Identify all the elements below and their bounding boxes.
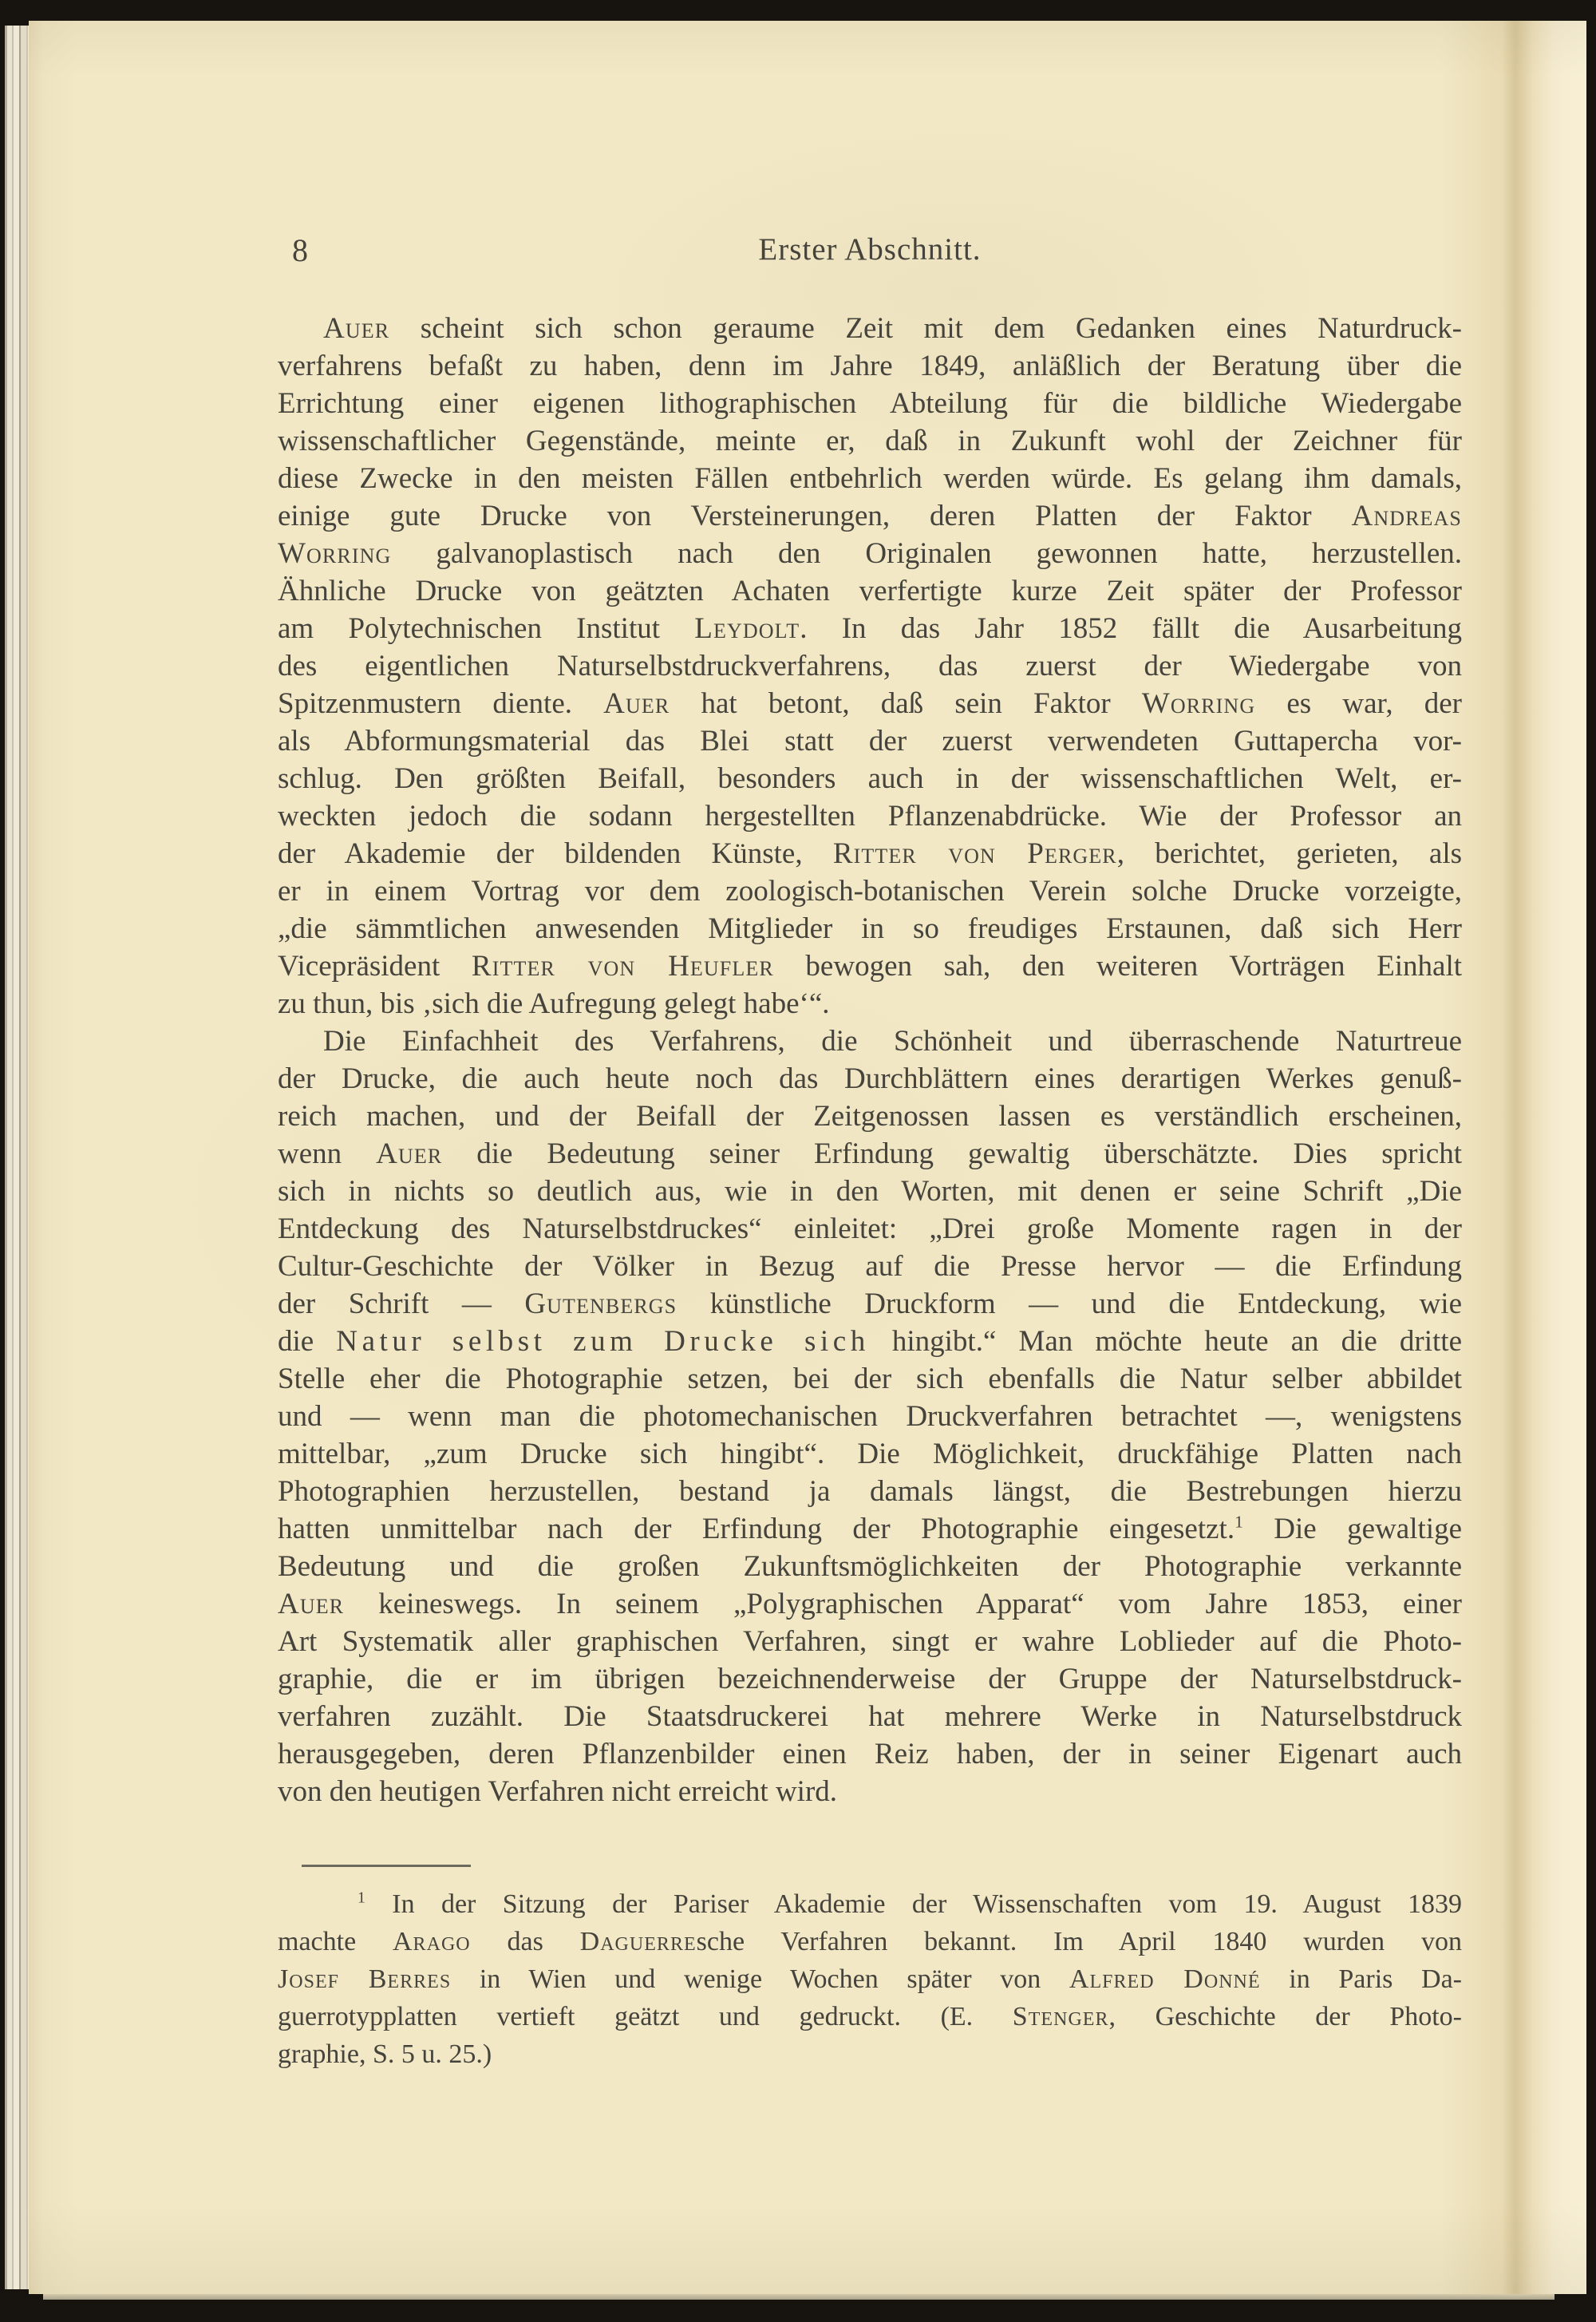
- text-segment: am Polytechnischen Institut: [278, 612, 694, 645]
- text-line: verfahren zuzählt. Die Staatsdruckerei h…: [278, 1698, 1462, 1735]
- text-line: mittelbar, „zum Drucke sich hingibt“. Di…: [278, 1435, 1462, 1473]
- text-segment: der Akademie der bildenden Künste,: [278, 837, 833, 870]
- text-segment: des eigentlichen Naturselbstdruckverfahr…: [278, 650, 1462, 682]
- text-line: des eigentlichen Naturselbstdruckverfahr…: [278, 647, 1462, 685]
- text-line: wissenschaftlicher Gegenstände, meinte e…: [278, 422, 1462, 460]
- text-line: Worring galvanoplastisch nach den Origin…: [278, 535, 1462, 572]
- small-caps-name: Auer: [376, 1137, 442, 1170]
- text-line: die Natur selbst zum Drucke sich hingibt…: [278, 1323, 1462, 1360]
- text-segment: Entdeckung des Naturselbstdruckes“ einle…: [278, 1212, 1462, 1245]
- text-line: Cultur-Geschichte der Völker in Bezug au…: [278, 1248, 1462, 1285]
- small-caps-name: Ritter von Perger: [833, 837, 1117, 870]
- text-segment: Ähnliche Drucke von geätzten Achaten ver…: [278, 575, 1462, 607]
- small-caps-name: Daguerre: [580, 1927, 697, 1956]
- text-segment: bewogen sah, den weiteren Vorträgen Einh…: [774, 950, 1462, 983]
- text-line: herausgegeben, deren Pflanzenbilder eine…: [278, 1735, 1462, 1773]
- small-caps-name: Andreas: [1351, 500, 1462, 532]
- text-segment: er in einem Vortrag vor dem zoologisch-b…: [278, 875, 1462, 908]
- text-segment: und — wenn man die photomechanischen Dru…: [278, 1400, 1462, 1433]
- text-line: 1 In der Sitzung der Pariser Akademie de…: [278, 1885, 1462, 1923]
- text-line: Die Einfachheit des Verfahrens, die Schö…: [278, 1023, 1462, 1060]
- text-segment: hingibt.“ Man möchte heute an die dritte: [870, 1325, 1462, 1358]
- text-segment: hat betont, daß sein Faktor: [670, 687, 1142, 720]
- footnote-text: 1 In der Sitzung der Pariser Akademie de…: [278, 1885, 1462, 2073]
- text-segment: künstliche Druckform — und die Entdeckun…: [677, 1288, 1462, 1320]
- text-line: als Abformungsmaterial das Blei statt de…: [278, 722, 1462, 760]
- text-segment: , Geschichte der Photo-: [1109, 2002, 1463, 2031]
- text-line: „die sämmtlichen anwesenden Mitglieder i…: [278, 910, 1462, 947]
- text-line: Bedeutung und die großen Zukunftsmöglich…: [278, 1548, 1462, 1585]
- text-segment: als Abformungsmaterial das Blei statt de…: [278, 725, 1462, 758]
- text-segment: einige gute Drucke von Versteinerungen, …: [278, 500, 1351, 532]
- text-line: Auer keineswegs. In seinem „Polygraphisc…: [278, 1585, 1462, 1623]
- text-segment: wissenschaftlicher Gegenstände, meinte e…: [278, 425, 1462, 457]
- text-segment: diese Zwecke in den meisten Fällen entbe…: [278, 462, 1462, 495]
- text-segment: herausgegeben, deren Pflanzenbilder eine…: [278, 1738, 1462, 1770]
- superscript-marker: 1: [1235, 1513, 1243, 1532]
- text-line: graphie, die er im übrigen bezeichnender…: [278, 1660, 1462, 1698]
- text-segment: machte: [278, 1927, 393, 1956]
- text-segment: graphie, S. 5 u. 25.): [278, 2039, 492, 2069]
- text-segment: scheint sich schon geraume Zeit mit dem …: [389, 312, 1462, 345]
- body-text: Auer scheint sich schon geraume Zeit mit…: [278, 310, 1462, 1810]
- text-line: graphie, S. 5 u. 25.): [278, 2035, 1462, 2073]
- text-segment: guerrotypplatten vertieft geätzt und ged…: [278, 2002, 1013, 2031]
- text-line: einige gute Drucke von Versteinerungen, …: [278, 497, 1462, 535]
- text-line: guerrotypplatten vertieft geätzt und ged…: [278, 1998, 1462, 2035]
- text-segment: die: [278, 1325, 336, 1358]
- text-segment: Die Einfachheit des Verfahrens, die Schö…: [323, 1025, 1462, 1058]
- text-line: der Schrift — Gutenbergs künstliche Druc…: [278, 1285, 1462, 1323]
- small-caps-name: Ritter von Heufler: [472, 950, 774, 983]
- small-caps-name: Worring: [278, 537, 391, 570]
- text-line: von den heutigen Verfahren nicht erreich…: [278, 1773, 1462, 1810]
- small-caps-name: Auer: [323, 312, 389, 345]
- text-segment: verfahrens befaßt zu haben, denn im Jahr…: [278, 350, 1462, 382]
- text-segment: galvanoplastisch nach den Originalen gew…: [391, 537, 1462, 570]
- text-segment: mittelbar, „zum Drucke sich hingibt“. Di…: [278, 1438, 1462, 1470]
- text-line: diese Zwecke in den meisten Fällen entbe…: [278, 460, 1462, 497]
- text-line: verfahrens befaßt zu haben, denn im Jahr…: [278, 347, 1462, 385]
- text-segment: . In das Jahr 1852 fällt die Ausarbeitun…: [800, 612, 1462, 645]
- text-segment: reich machen, und der Beifall der Zeitge…: [278, 1100, 1462, 1133]
- page-header: 8 Erster Abschnitt.: [278, 231, 1462, 271]
- text-segment: graphie, die er im übrigen bezeichnender…: [278, 1663, 1462, 1695]
- text-line: er in einem Vortrag vor dem zoologisch-b…: [278, 872, 1462, 910]
- text-line: der Drucke, die auch heute noch das Durc…: [278, 1060, 1462, 1098]
- text-segment: Photographien herzustellen, bestand ja d…: [278, 1475, 1462, 1508]
- text-line: machte Arago das Daguerresche Verfahren …: [278, 1923, 1462, 1960]
- text-segment: , berichtet, gerieten, als: [1117, 837, 1462, 870]
- text-segment: in Wien und wenige Wochen später von: [451, 1964, 1069, 1994]
- text-line: Errichtung einer eigenen lithographische…: [278, 385, 1462, 422]
- small-caps-name: Arago: [393, 1927, 471, 1956]
- small-caps-name: Auer: [278, 1588, 344, 1620]
- text-line: wenn Auer die Bedeutung seiner Erfindung…: [278, 1135, 1462, 1173]
- small-caps-name: Auer: [603, 687, 670, 720]
- text-segment: Errichtung einer eigenen lithographische…: [278, 387, 1462, 420]
- text-line: Spitzenmustern diente. Auer hat betont, …: [278, 685, 1462, 722]
- text-line: schlug. Den größten Beifall, besonders a…: [278, 760, 1462, 797]
- text-segment: Spitzenmustern diente.: [278, 687, 603, 720]
- text-segment: die Bedeutung seiner Erfindung gewaltig …: [442, 1137, 1462, 1170]
- text-segment: es war, der: [1255, 687, 1462, 720]
- text-segment: hatten unmittelbar nach der Erfindung de…: [278, 1513, 1235, 1545]
- letterspaced-text: Natur selbst zum Drucke sich: [336, 1325, 869, 1358]
- text-segment: in Paris Da-: [1261, 1964, 1462, 1994]
- text-line: sich in nichts so deutlich aus, wie in d…: [278, 1173, 1462, 1210]
- text-segment: Die gewaltige: [1243, 1513, 1462, 1545]
- text-line: weckten jedoch die sodann hergestellten …: [278, 797, 1462, 835]
- text-line: Josef Berres in Wien und wenige Wochen s…: [278, 1960, 1462, 1998]
- small-caps-name: Alfred Donné: [1069, 1964, 1261, 1994]
- text-segment: das: [471, 1927, 580, 1956]
- text-line: hatten unmittelbar nach der Erfindung de…: [278, 1510, 1462, 1548]
- text-segment: sich in nichts so deutlich aus, wie in d…: [278, 1175, 1462, 1208]
- text-segment: Art Systematik aller graphischen Verfahr…: [278, 1625, 1462, 1658]
- text-segment: zu thun, bis ‚sich die Aufregung gelegt …: [278, 987, 830, 1020]
- text-line: Vicepräsident Ritter von Heufler bewogen…: [278, 947, 1462, 985]
- text-segment: von den heutigen Verfahren nicht erreich…: [278, 1775, 837, 1808]
- text-segment: schlug. Den größten Beifall, besonders a…: [278, 762, 1462, 795]
- text-segment: Stelle eher die Photographie setzen, bei…: [278, 1363, 1462, 1395]
- text-line: am Polytechnischen Institut Leydolt. In …: [278, 610, 1462, 647]
- text-segment: Bedeutung und die großen Zukunftsmöglich…: [278, 1550, 1462, 1583]
- text-line: der Akademie der bildenden Künste, Ritte…: [278, 835, 1462, 872]
- text-segment: Vicepräsident: [278, 950, 472, 983]
- footnote-separator: [302, 1865, 471, 1867]
- book-scan: 8 Erster Abschnitt. Auer scheint sich sc…: [0, 0, 1596, 2322]
- small-caps-name: Gutenbergs: [524, 1288, 677, 1320]
- text-line: Stelle eher die Photographie setzen, bei…: [278, 1360, 1462, 1398]
- text-segment: der Schrift —: [278, 1288, 524, 1320]
- small-caps-name: Stenger: [1013, 2002, 1109, 2031]
- text-line: Art Systematik aller graphischen Verfahr…: [278, 1623, 1462, 1660]
- text-line: Auer scheint sich schon geraume Zeit mit…: [278, 310, 1462, 347]
- text-segment: keineswegs. In seinem „Polygraphischen A…: [344, 1588, 1462, 1620]
- small-caps-name: Josef Berres: [278, 1964, 451, 1994]
- text-line: Entdeckung des Naturselbstdruckes“ einle…: [278, 1210, 1462, 1248]
- book-page: 8 Erster Abschnitt. Auer scheint sich sc…: [29, 21, 1586, 2294]
- text-segment: „die sämmtlichen anwesenden Mitglieder i…: [278, 912, 1462, 945]
- text-segment: weckten jedoch die sodann hergestellten …: [278, 800, 1462, 833]
- text-line: reich machen, und der Beifall der Zeitge…: [278, 1098, 1462, 1135]
- running-header: Erster Abschnitt.: [278, 231, 1462, 267]
- superscript-marker: 1: [358, 1889, 365, 1907]
- small-caps-name: Leydolt: [694, 612, 800, 645]
- text-line: zu thun, bis ‚sich die Aufregung gelegt …: [278, 985, 1462, 1023]
- text-segment: verfahren zuzählt. Die Staatsdruckerei h…: [278, 1700, 1462, 1733]
- text-line: Ähnliche Drucke von geätzten Achaten ver…: [278, 572, 1462, 610]
- text-segment: In der Sitzung der Pariser Akademie der …: [365, 1889, 1462, 1919]
- text-line: Photographien herzustellen, bestand ja d…: [278, 1473, 1462, 1510]
- text-line: und — wenn man die photomechanischen Dru…: [278, 1398, 1462, 1435]
- text-segment: sche Verfahren bekannt. Im April 1840 wu…: [697, 1927, 1462, 1956]
- text-segment: Cultur-Geschichte der Völker in Bezug au…: [278, 1250, 1462, 1283]
- text-segment: wenn: [278, 1137, 376, 1170]
- small-caps-name: Worring: [1142, 687, 1255, 720]
- text-segment: der Drucke, die auch heute noch das Durc…: [278, 1062, 1462, 1095]
